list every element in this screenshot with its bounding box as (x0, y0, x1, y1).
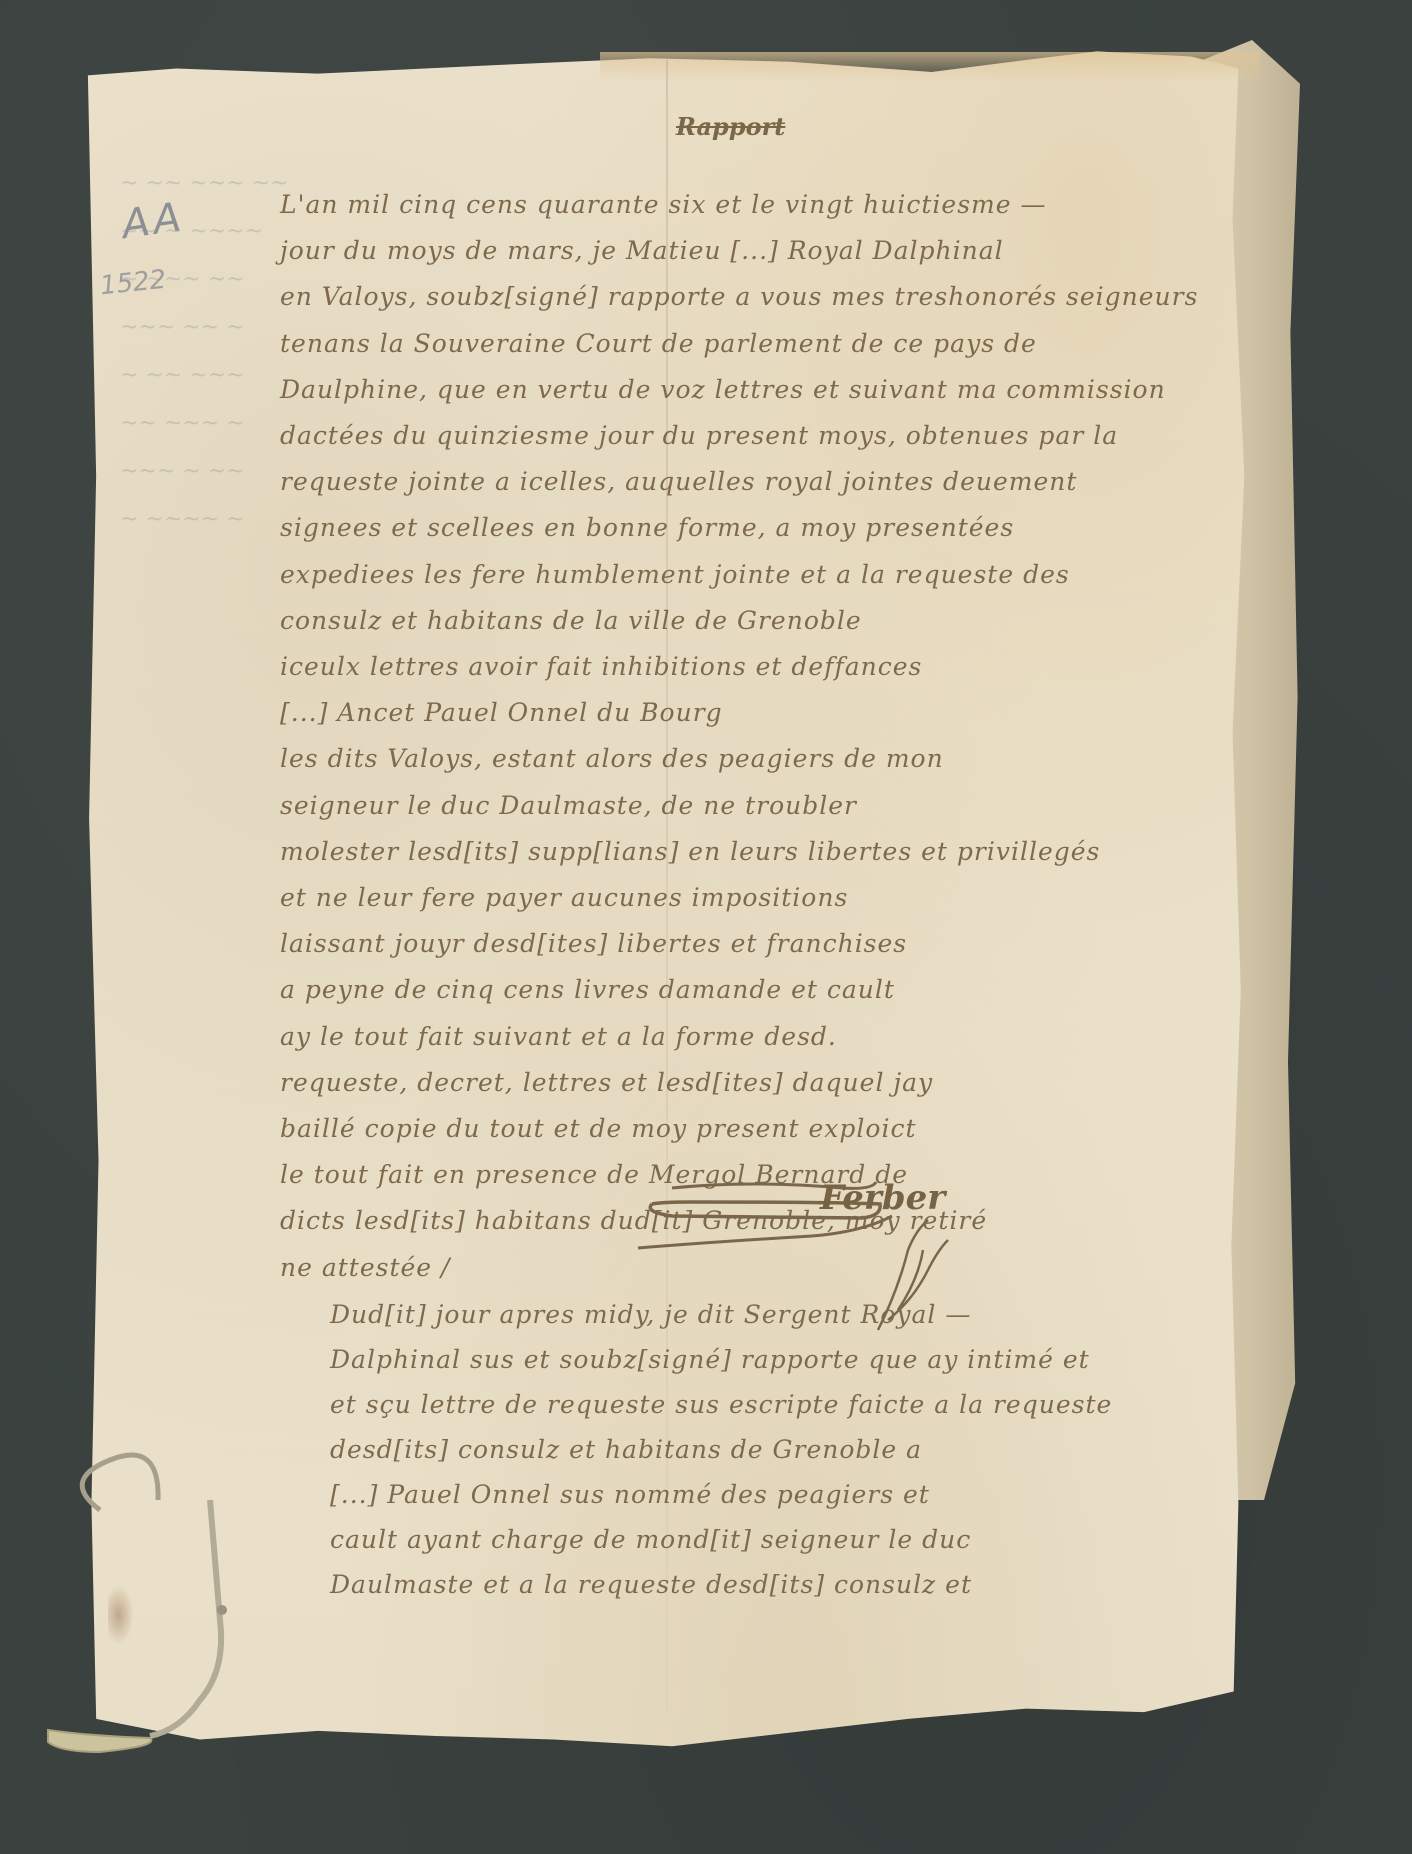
text-line: molester lesd[its] supp[lians] en leurs … (280, 829, 1190, 875)
text-line: iceulx lettres avoir fait inhibitions et… (280, 644, 1190, 690)
text-line: et sçu lettre de requeste sus escripte f… (330, 1382, 1200, 1427)
document-title: Rapport (676, 112, 785, 141)
text-line: tenans la Souveraine Court de parlement … (280, 321, 1190, 367)
text-line: expediees les fere humblement jointe et … (280, 552, 1190, 598)
text-line: Dud[it] jour apres midy, je dit Sergent … (330, 1292, 1200, 1337)
text-line: [...] Pauel Onnel sus nommé des peagiers… (330, 1472, 1200, 1517)
text-line: Daulphine, que en vertu de voz lettres e… (280, 367, 1190, 413)
text-line: ay le tout fait suivant et a la forme de… (280, 1014, 1190, 1060)
paper-torn-top-edge (600, 52, 1260, 82)
text-line: signees et scellees en bonne forme, a mo… (280, 505, 1190, 551)
paragraph-2: Dud[it] jour apres midy, je dit Sergent … (330, 1292, 1200, 1607)
text-line: et ne leur fere payer aucunes imposition… (280, 875, 1190, 921)
text-line: cault ayant charge de mond[it] seigneur … (330, 1517, 1200, 1562)
text-line: requeste, decret, lettres et lesd[ites] … (280, 1060, 1190, 1106)
text-line: consulz et habitans de la ville de Greno… (280, 598, 1190, 644)
binding-string (40, 1440, 240, 1780)
text-line: Dalphinal sus et soubz[signé] rapporte q… (330, 1337, 1200, 1382)
margin-shelfmark: AA (119, 194, 188, 248)
paragraph-1: L'an mil cinq cens quarante six et le vi… (280, 182, 1190, 1291)
text-line: Daulmaste et a la requeste desd[its] con… (330, 1562, 1200, 1607)
text-line: jour du moys de mars, je Matieu [...] Ro… (280, 228, 1190, 274)
text-line: requeste jointe a icelles, auquelles roy… (280, 459, 1190, 505)
text-line: en Valoys, soubz[signé] rapporte a vous … (280, 274, 1190, 320)
text-line: les dits Valoys, estant alors des peagie… (280, 736, 1190, 782)
text-line: dactées du quinziesme jour du present mo… (280, 413, 1190, 459)
text-line: L'an mil cinq cens quarante six et le vi… (280, 182, 1190, 228)
text-line: laissant jouyr desd[ites] libertes et fr… (280, 921, 1190, 967)
text-line: [...] Ancet Pauel Onnel du Bourg (280, 690, 1190, 736)
text-line: desd[its] consulz et habitans de Grenobl… (330, 1427, 1200, 1472)
text-line: seigneur le duc Daulmaste, de ne trouble… (280, 783, 1190, 829)
text-line: a peyne de cinq cens livres damande et c… (280, 967, 1190, 1013)
text-line: baillé copie du tout et de moy present e… (280, 1106, 1190, 1152)
